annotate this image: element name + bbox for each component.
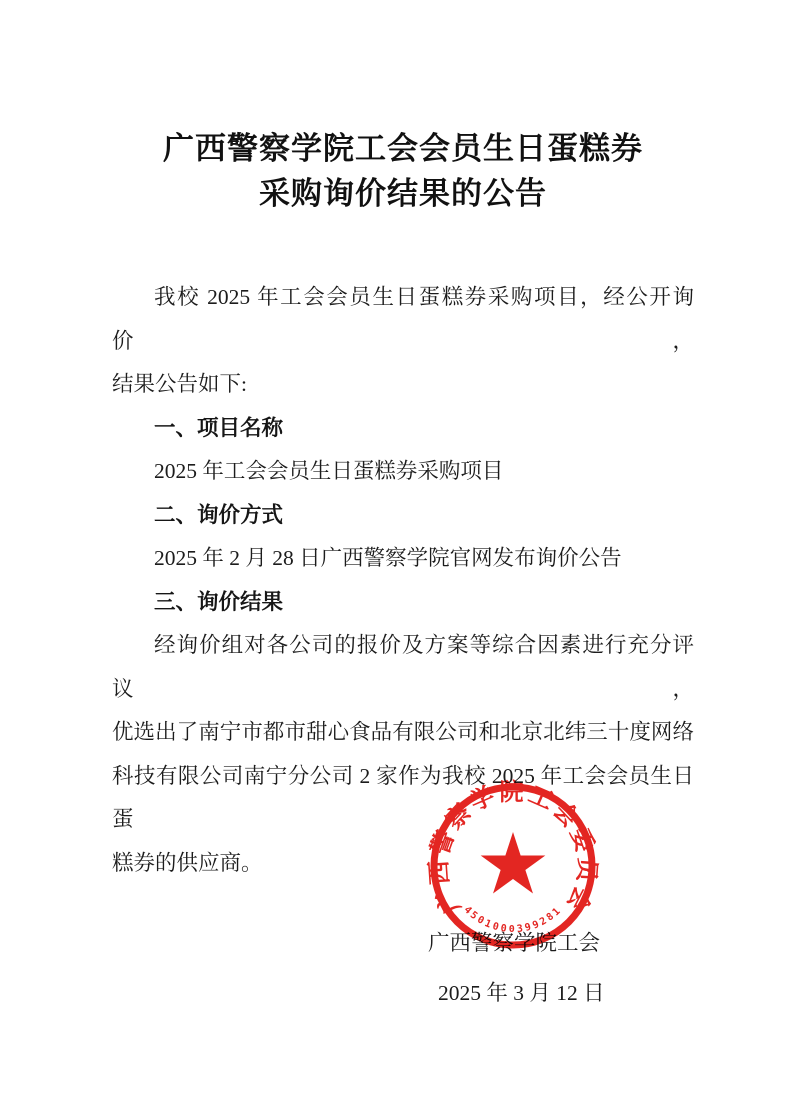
section-heading-2: 二、询价方式 <box>112 494 694 538</box>
title-line-1: 广西警察学院工会会员生日蛋糕券 <box>112 126 694 171</box>
section-1-text: 2025 年工会会员生日蛋糕券采购项目 <box>112 450 694 494</box>
signature-organization: 广西警察学院工会 <box>112 921 694 965</box>
section-3-line-3: 科技有限公司南宁分公司 2 家作为我校 2025 年工会会员生日蛋 <box>112 755 694 842</box>
section-3-line-2: 优选出了南宁市都市甜心食品有限公司和北京北纬三十度网络 <box>112 711 694 755</box>
document-content: 广西警察学院工会会员生日蛋糕券 采购询价结果的公告 我校 2025 年工会会员生… <box>112 0 694 1015</box>
section-2-text: 2025 年 2 月 28 日广西警察学院官网发布询价公告 <box>112 537 694 581</box>
document-title: 广西警察学院工会会员生日蛋糕券 采购询价结果的公告 <box>112 126 694 216</box>
signature-date: 2025 年 3 月 12 日 <box>112 971 694 1015</box>
section-heading-1: 一、项目名称 <box>112 407 694 451</box>
paragraph-intro-line-1: 我校 2025 年工会会员生日蛋糕券采购项目，经公开询价， <box>112 276 694 363</box>
document-body: 我校 2025 年工会会员生日蛋糕券采购项目，经公开询价， 结果公告如下: 一、… <box>112 276 694 885</box>
section-3-line-1: 经询价组对各公司的报价及方案等综合因素进行充分评议， <box>112 624 694 711</box>
section-heading-3: 三、询价结果 <box>112 581 694 625</box>
section-3-line-4: 糕券的供应商。 <box>112 842 694 886</box>
title-line-2: 采购询价结果的公告 <box>112 171 694 216</box>
paragraph-intro-line-2: 结果公告如下: <box>112 363 694 407</box>
signature-block: 广西警察学院工会 2025 年 3 月 12 日 <box>112 921 694 1015</box>
document-page: 广西警察学院工会会员生日蛋糕券 采购询价结果的公告 我校 2025 年工会会员生… <box>0 0 794 1108</box>
